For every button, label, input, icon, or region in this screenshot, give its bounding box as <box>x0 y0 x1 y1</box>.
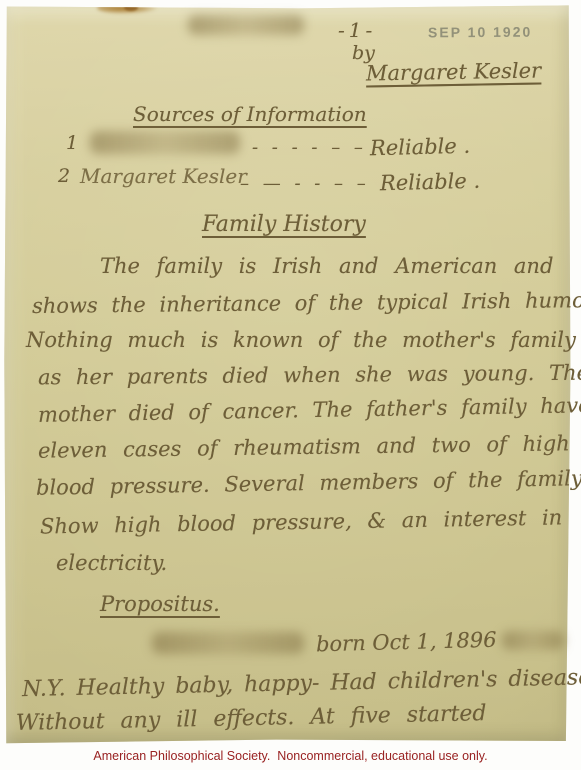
date-stamp: SEP 10 1920 <box>428 24 532 41</box>
redacted-source-1-name <box>90 131 240 154</box>
byline-prefix: by <box>352 44 375 63</box>
family-history-line: shows the inheritance of the typical Iri… <box>32 290 581 317</box>
redacted-name-top <box>188 15 304 35</box>
paper-stain-dark <box>124 4 138 11</box>
redacted-propositus-place <box>502 631 564 650</box>
credit-line: American Philosophical Society. Noncomme… <box>0 749 581 763</box>
propositus-heading: Propositus. <box>100 594 220 615</box>
source-2-number: 2 <box>58 167 70 186</box>
propositus-birth-text: born Oct 1, 1896 <box>316 630 497 656</box>
byline-name: Margaret Kesler <box>366 60 541 84</box>
family-history-line: Nothing much is known of the mother's fa… <box>26 330 576 351</box>
page-number: -1- <box>338 20 376 40</box>
source-1-number: 1 <box>66 134 78 153</box>
family-history-heading: Family History <box>202 214 366 236</box>
source-1-dashes: - - - - – – <box>252 139 367 157</box>
family-history-line: electricity. <box>56 553 167 574</box>
source-2-name: Margaret Kesler <box>80 166 247 186</box>
source-1-rating: Reliable . <box>370 136 471 160</box>
family-history-line: as her parents died when she was young. … <box>38 363 581 389</box>
source-2-dashes: – — - - – – <box>240 175 370 193</box>
sources-heading: Sources of Information <box>133 104 367 124</box>
redacted-propositus-name <box>152 632 304 654</box>
family-history-line: The family is Irish and American and <box>100 256 553 277</box>
document-scan: -1- SEP 10 1920 by Margaret Kesler Sourc… <box>0 0 581 770</box>
source-2-rating: Reliable . <box>380 171 481 195</box>
